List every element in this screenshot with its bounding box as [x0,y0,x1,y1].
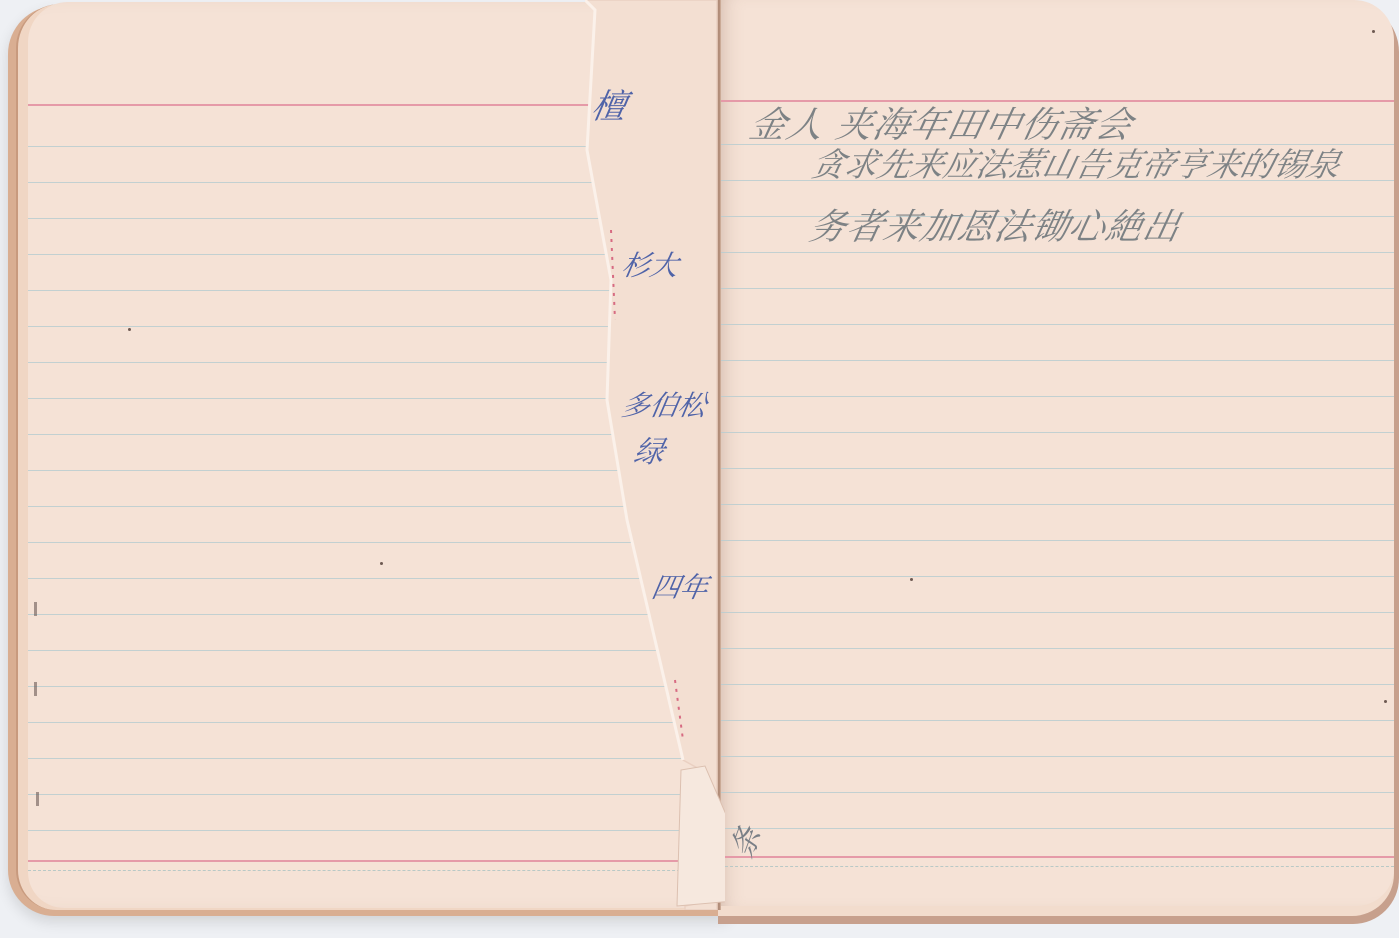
ruled-line [28,182,720,183]
ruled-line [28,146,720,147]
ruled-line [720,828,1394,829]
ruled-line [720,720,1394,721]
ruled-line [720,612,1394,613]
strip-note-5: 四年 [650,574,711,602]
ruled-line [28,794,720,795]
right-page: 金人 夹海年田中伤斋会 贪求先来应法惹山告克帝亨来的锡泉 务者来加恩法锄心絶出 [720,0,1394,906]
binding-mark [36,792,39,806]
ruled-line [720,756,1394,757]
ruled-line [28,326,720,327]
ruled-line [720,288,1394,289]
ruled-line [28,506,720,507]
ruled-line [28,470,720,471]
paper-speck [1372,30,1375,33]
notebook-spine [717,0,721,910]
binding-mark [34,602,37,616]
strip-note-4: 绿 [631,438,666,468]
ruled-line [28,290,720,291]
handwritten-line-2: 贪求先来应法惹山告克帝亨来的锡泉 [808,148,1343,181]
ruled-line [28,614,720,615]
ruled-line [28,542,720,543]
strip-note-1: 檀 [589,90,629,124]
dotted-footer-rule [720,866,1394,867]
ruled-line [28,254,720,255]
ruled-line [720,504,1394,505]
strip-note-2: 杉大 [620,252,681,280]
bottom-margin-rule [28,860,720,862]
handwritten-line-3: 务者来加恩法锄心絶出 [806,210,1184,246]
ruled-line [720,684,1394,685]
ruled-line [720,648,1394,649]
ruled-line [720,252,1394,253]
paper-speck [128,328,131,331]
ruled-line [28,578,720,579]
strip-note-3: 多伯松 [620,392,709,420]
open-notebook: 金人 夹海年田中伤斋会 贪求先来应法惹山告克帝亨来的锡泉 务者来加恩法锄心絶出 … [0,0,1399,938]
bottom-margin-rule [720,856,1394,858]
paper-speck [380,562,383,565]
ruled-line [28,686,720,687]
ruled-line [720,324,1394,325]
ruled-line [28,758,720,759]
dotted-footer-rule [28,870,720,871]
top-margin-rule [720,100,1394,102]
ruled-line [720,540,1394,541]
ruled-line [720,360,1394,361]
binding-mark [34,682,37,696]
ruled-line [720,396,1394,397]
left-page [28,2,720,908]
ruled-line [28,650,720,651]
paper-speck [1384,700,1387,703]
ruled-line [28,218,720,219]
ruled-line [720,792,1394,793]
ruled-line [28,830,720,831]
ruled-line [28,434,720,435]
handwritten-line-1: 金人 夹海年田中伤斋会 [746,108,1136,144]
ruled-line [720,576,1394,577]
ruled-line [28,362,720,363]
ruled-line [28,722,720,723]
ruled-line [28,398,720,399]
ruled-line [720,468,1394,469]
ruled-line [720,432,1394,433]
paper-speck [910,578,913,581]
